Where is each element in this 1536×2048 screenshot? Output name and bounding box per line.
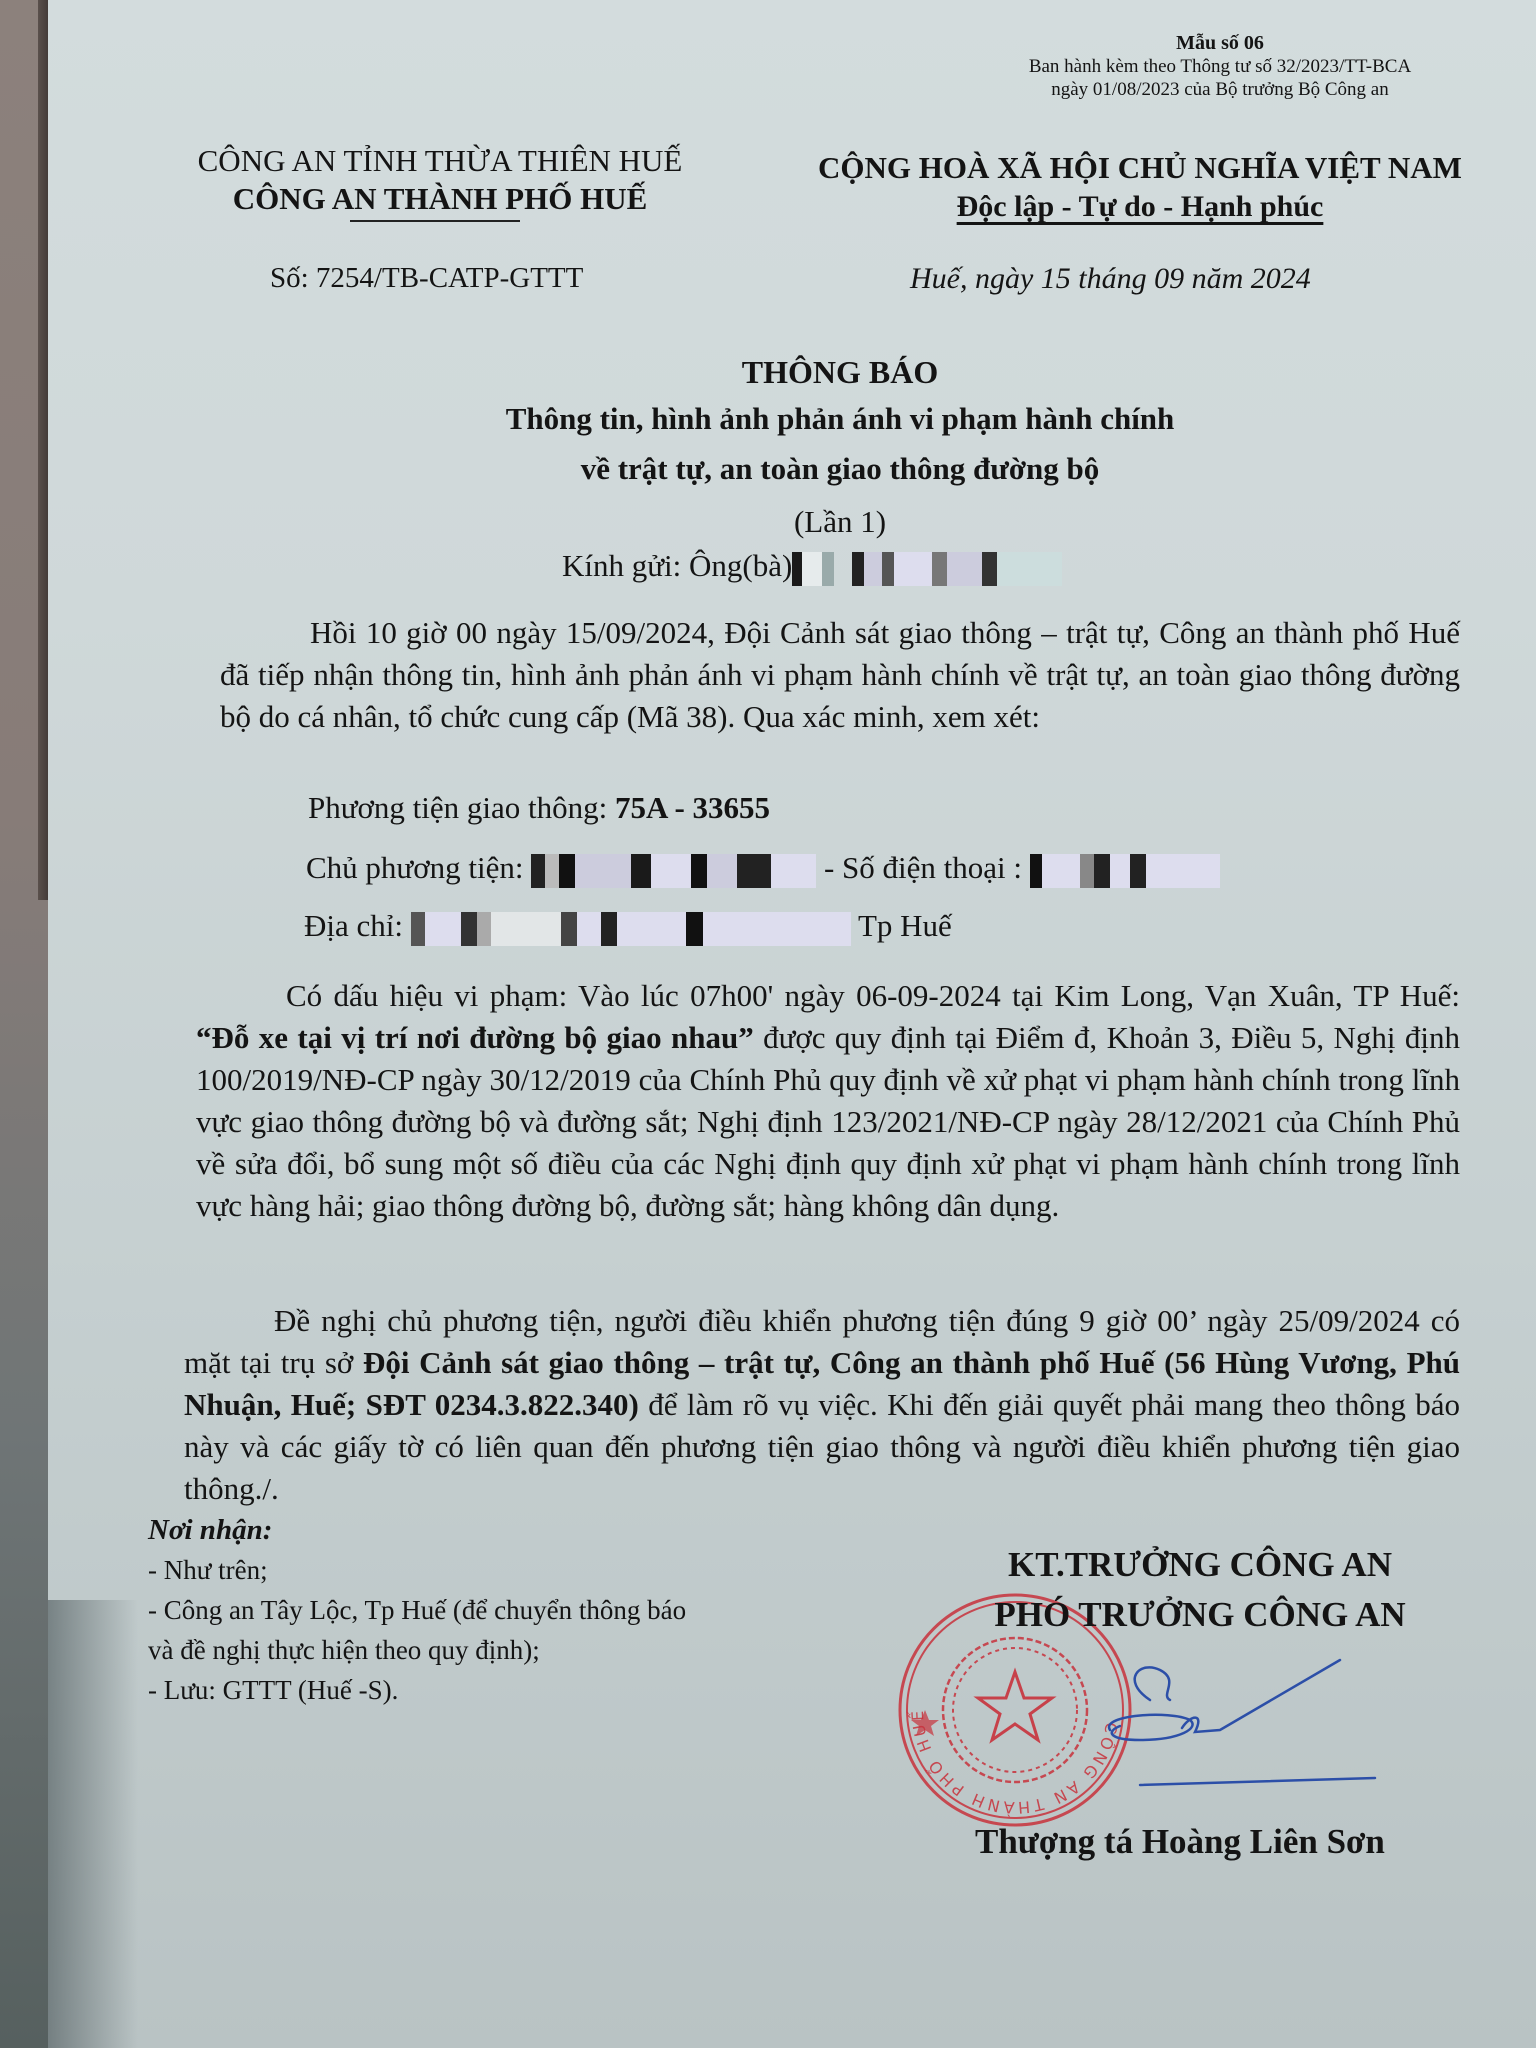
title-main: THÔNG BÁO xyxy=(400,350,1280,394)
address-label: Địa chỉ: xyxy=(304,908,403,943)
address-city: Tp Huế xyxy=(858,908,952,943)
title-sub-3: (Lần 1) xyxy=(400,494,1280,550)
recipient-item: - Công an Tây Lộc, Tp Huế (để chuyển thô… xyxy=(148,1590,686,1630)
signature-block: KT.TRƯỞNG CÔNG AN PHÓ TRƯỞNG CÔNG AN xyxy=(940,1540,1460,1640)
national-motto: Độc lập - Tự do - Hạnh phúc xyxy=(760,188,1520,226)
form-issued-by: Ban hành kèm theo Thông tư số 32/2023/TT… xyxy=(960,55,1480,78)
form-number: Mẫu số 06 xyxy=(960,32,1480,55)
address-field: Địa chỉ: Tp Huế xyxy=(304,908,952,946)
redacted-address xyxy=(411,912,851,946)
page-shadow xyxy=(48,1600,138,2048)
recipient-item: - Như trên; xyxy=(148,1550,686,1590)
recipient-item: - Lưu: GTTT (Huế -S). xyxy=(148,1670,686,1710)
signature-title-1: KT.TRƯỞNG CÔNG AN xyxy=(940,1540,1460,1590)
recipient-line: Kính gửi: Ông(bà) xyxy=(562,548,1062,586)
request-paragraph: Đề nghị chủ phương tiện, người điều khiể… xyxy=(184,1300,1460,1510)
recipients-heading: Nơi nhận: xyxy=(148,1510,686,1550)
phone-label: - Số điện thoại : xyxy=(824,850,1022,885)
title-sub-2: về trật tự, an toàn giao thông đường bộ xyxy=(400,444,1280,494)
recipient-label: Kính gửi: Ông(bà) xyxy=(562,548,792,583)
agency-header: CÔNG AN TỈNH THỪA THIÊN HUẾ CÔNG AN THÀN… xyxy=(150,142,730,222)
vehicle-field: Phương tiện giao thông: 75A - 33655 xyxy=(308,790,770,826)
signer-name: Thượng tá Hoàng Liên Sơn xyxy=(975,1822,1385,1862)
violation-paragraph: Có dấu hiệu vi phạm: Vào lúc 07h00' ngày… xyxy=(196,975,1460,1227)
national-header: CỘNG HOÀ XÃ HỘI CHỦ NGHĨA VIỆT NAM Độc l… xyxy=(760,148,1520,226)
national-title: CỘNG HOÀ XÃ HỘI CHỦ NGHĨA VIỆT NAM xyxy=(760,148,1520,188)
document-date: Huế, ngày 15 tháng 09 năm 2024 xyxy=(910,262,1311,296)
owner-field: Chủ phương tiện: - Số điện thoại : xyxy=(306,850,1220,888)
signature-title-2: PHÓ TRƯỞNG CÔNG AN xyxy=(940,1590,1460,1640)
title-sub-1: Thông tin, hình ảnh phản ánh vi phạm hàn… xyxy=(400,394,1280,444)
violation-act: “Đỗ xe tại vị trí nơi đường bộ giao nhau… xyxy=(196,1020,754,1055)
vehicle-label: Phương tiện giao thông: xyxy=(308,790,615,825)
intro-paragraph: Hồi 10 giờ 00 ngày 15/09/2024, Đội Cảnh … xyxy=(220,612,1460,738)
recipient-item: và đề nghị thực hiện theo quy định); xyxy=(148,1630,686,1670)
redacted-owner xyxy=(531,854,816,888)
owner-label: Chủ phương tiện: xyxy=(306,850,523,885)
handwritten-signature-icon xyxy=(1100,1640,1380,1800)
license-plate: 75A - 33655 xyxy=(615,790,770,825)
issuing-agency: CÔNG AN THÀNH PHỐ HUẾ xyxy=(150,180,730,218)
header-underline xyxy=(350,220,520,222)
redacted-phone xyxy=(1030,854,1220,888)
redacted-name xyxy=(792,552,1062,586)
form-issued-date: ngày 01/08/2023 của Bộ trưởng Bộ Công an xyxy=(960,78,1480,101)
form-code-block: Mẫu số 06 Ban hành kèm theo Thông tư số … xyxy=(960,32,1480,101)
document-number: Số: 7254/TB-CATP-GTTT xyxy=(270,262,583,295)
document-title: THÔNG BÁO Thông tin, hình ảnh phản ánh v… xyxy=(400,350,1280,550)
recipients-block: Nơi nhận: - Như trên; - Công an Tây Lộc,… xyxy=(148,1510,686,1710)
violation-details: Có dấu hiệu vi phạm: Vào lúc 07h00' ngày… xyxy=(286,978,1460,1013)
parent-agency: CÔNG AN TỈNH THỪA THIÊN HUẾ xyxy=(150,142,730,180)
